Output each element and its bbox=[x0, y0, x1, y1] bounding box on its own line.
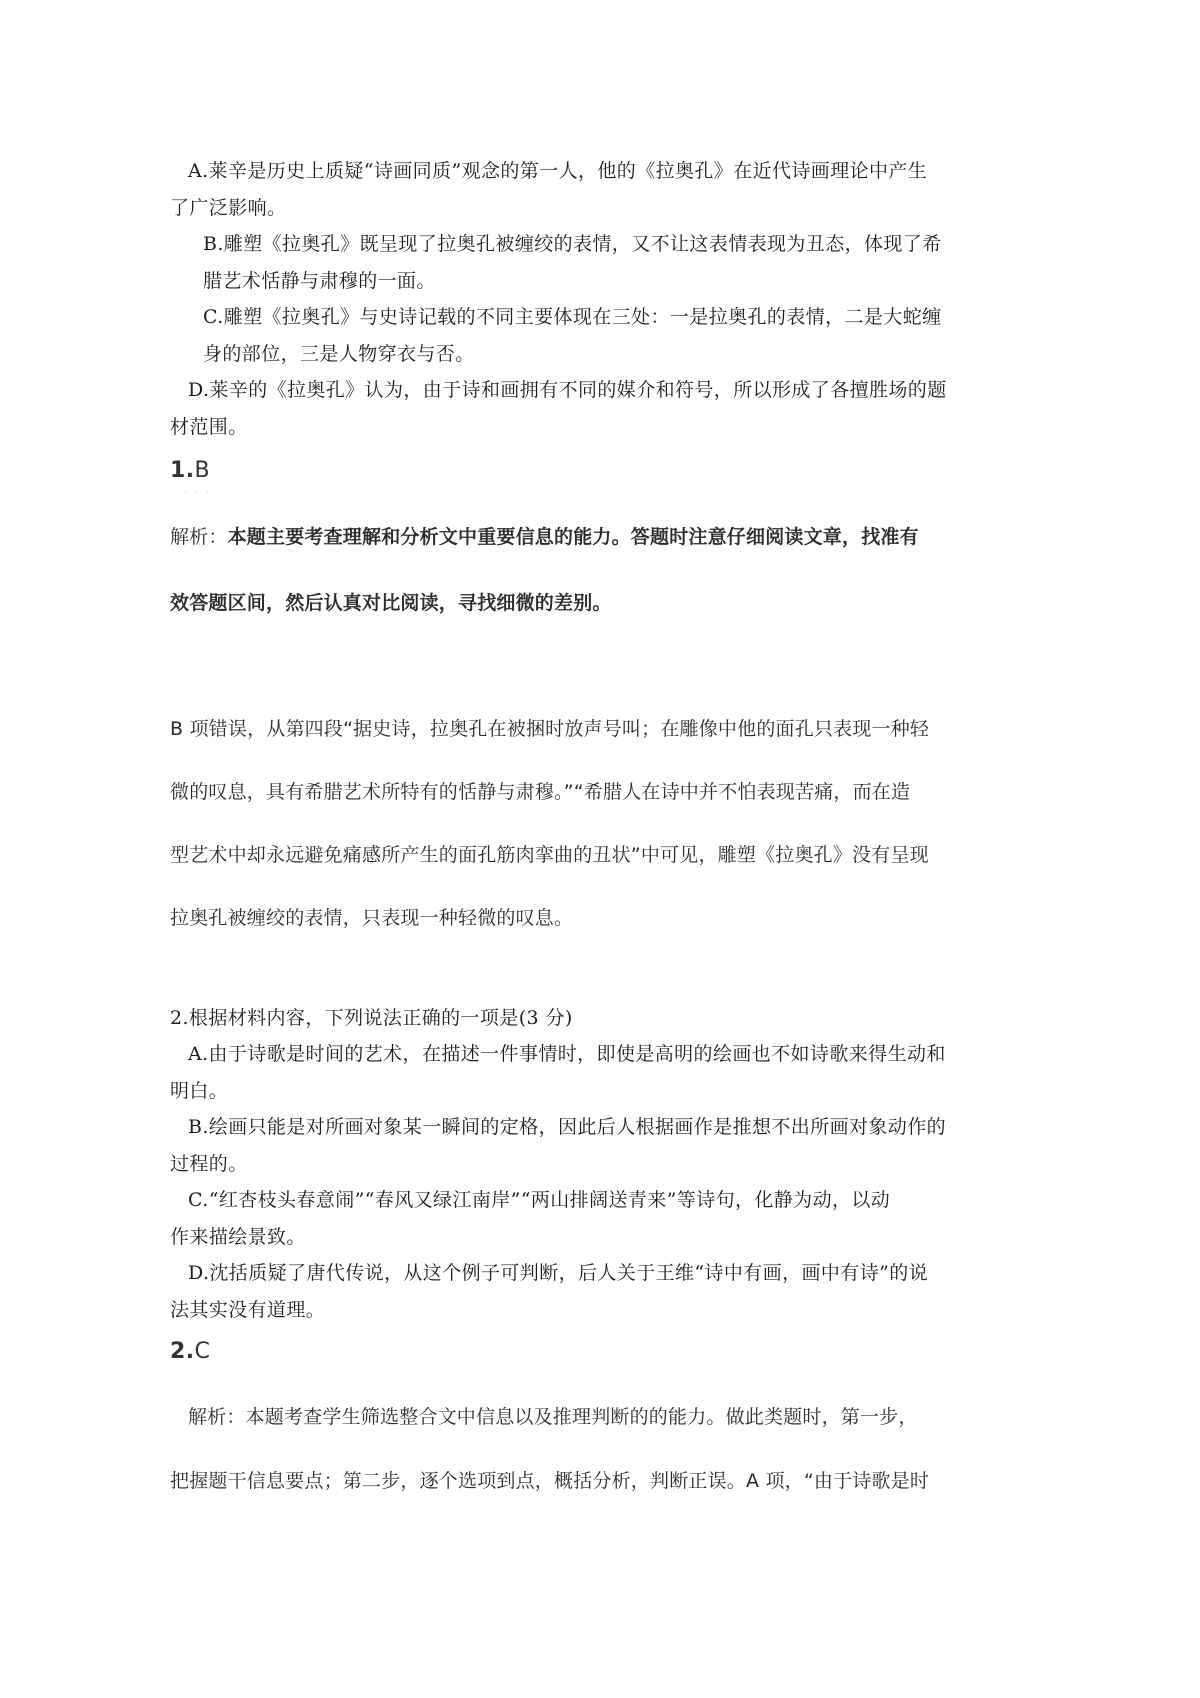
q2-analysis-line2: 把握题干信息要点；第二步，逐个选项到点，概括分析，判断正误。A 项，“由于诗歌是… bbox=[170, 1468, 929, 1494]
q1-analysis-line1: 解析：本题主要考查理解和分析文中重要信息的能力。答题时注意仔细阅读文章，找准有 bbox=[170, 524, 919, 550]
q2-stem: 2.根据材料内容，下列说法正确的一项是(3 分) bbox=[170, 1005, 573, 1031]
q2-option-d-line2: 法其实没有道理。 bbox=[170, 1297, 325, 1323]
q1-answer-letter: B bbox=[194, 458, 210, 483]
q1-option-a-line2: 了广泛影响。 bbox=[170, 195, 286, 221]
q2-analysis-label: 解析： bbox=[188, 1406, 246, 1428]
q1-option-c-line1: C.雕塑《拉奥孔》与史诗记载的不同主要体现在三处：一是拉奥孔的表情，二是大蛇缠 bbox=[203, 304, 942, 330]
q2-option-b-line1: B.绘画只能是对所画对象某一瞬间的定格，因此后人根据画作是推想不出所画对象动作的 bbox=[188, 1114, 946, 1140]
q2-analysis-line1: 解析：本题考查学生筛选整合文中信息以及推理判断的的能力。做此类题时，第一步， bbox=[188, 1404, 918, 1430]
q2-analysis-text1: 本题考查学生筛选整合文中信息以及推理判断的的能力。做此类题时，第一步， bbox=[246, 1406, 918, 1428]
q1-analysis-label: 解析： bbox=[170, 526, 228, 548]
q2-option-c-line2: 作来描绘景致。 bbox=[170, 1224, 306, 1250]
q1-explanation-line3: 型艺术中却永远避免痛感所产生的面孔筋肉挛曲的丑状”中可见，雕塑《拉奥孔》没有呈现 bbox=[170, 842, 929, 868]
q1-analysis-text1: 本题主要考查理解和分析文中重要信息的能力。答题时注意仔细阅读文章，找准有 bbox=[228, 526, 919, 548]
q1-option-c-line2: 身的部位，三是人物穿衣与否。 bbox=[203, 341, 475, 367]
q1-explanation-line1: B 项错误，从第四段“据史诗，拉奥孔在被捆时放声号叫；在雕像中他的面孔只表现一种… bbox=[170, 716, 929, 742]
q1-option-b-line1: B.雕塑《拉奥孔》既呈现了拉奥孔被缠绞的表情，又不让这表情表现为丑态，体现了希 bbox=[203, 231, 942, 257]
q2-option-c-line1: C.“红杏枝头春意闹”“春风又绿江南岸”“两山排阔送青来”等诗句，化静为动，以动 bbox=[188, 1187, 890, 1213]
scan-artifact-dots: · · · bbox=[184, 488, 212, 497]
q1-explanation-line2: 微的叹息，具有希腊艺术所特有的恬静与肃穆。”“希腊人在诗中并不怕表现苦痛，而在造 bbox=[170, 779, 910, 805]
q2-answer: 2.C bbox=[170, 1339, 210, 1365]
q2-option-d-line1: D.沈括质疑了唐代传说，从这个例子可判断，后人关于王维“诗中有画，画中有诗”的说 bbox=[188, 1260, 928, 1286]
q1-answer-number: 1. bbox=[170, 458, 194, 483]
q1-option-d-line1: D.莱辛的《拉奥孔》认为，由于诗和画拥有不同的媒介和符号，所以形成了各擅胜场的题 bbox=[188, 377, 947, 403]
q2-option-a-line2: 明白。 bbox=[170, 1078, 228, 1104]
q1-explanation-line4: 拉奥孔被缠绞的表情，只表现一种轻微的叹息。 bbox=[170, 905, 573, 931]
q2-option-b-line2: 过程的。 bbox=[170, 1151, 248, 1177]
q1-analysis-line2: 效答题区间，然后认真对比阅读，寻找细微的差别。 bbox=[170, 590, 612, 616]
q2-answer-letter: C bbox=[194, 1339, 210, 1364]
q1-answer: 1.B bbox=[170, 458, 210, 484]
q2-option-a-line1: A.由于诗歌是时间的艺术，在描述一件事情时，即使是高明的绘画也不如诗歌来得生动和 bbox=[188, 1041, 946, 1067]
q1-option-d-line2: 材范围。 bbox=[170, 414, 248, 440]
q1-option-a-line1: A.莱辛是历史上质疑“诗画同质”观念的第一人，他的《拉奥孔》在近代诗画理论中产生 bbox=[188, 158, 927, 184]
q2-answer-number: 2. bbox=[170, 1339, 194, 1364]
document-page: A.莱辛是历史上质疑“诗画同质”观念的第一人，他的《拉奥孔》在近代诗画理论中产生… bbox=[0, 0, 1200, 1698]
q1-option-b-line2: 腊艺术恬静与肃穆的一面。 bbox=[203, 268, 436, 294]
